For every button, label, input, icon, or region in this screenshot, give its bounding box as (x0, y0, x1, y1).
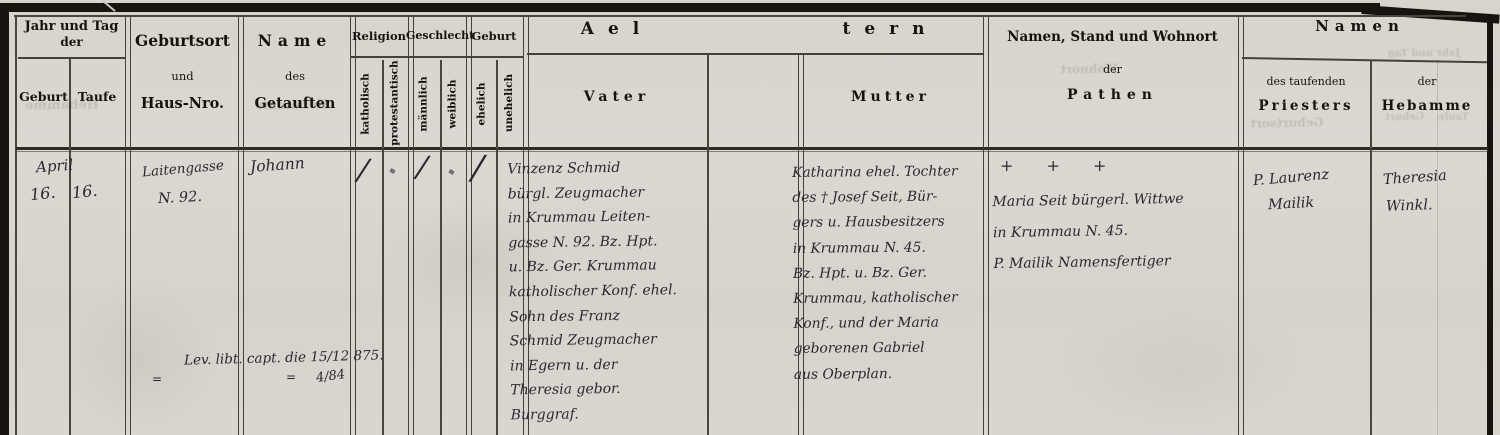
col-rule-priester-hebamme (1370, 60, 1372, 435)
header-aeltern-left: Ael (527, 20, 707, 39)
bleed-through-text: Jahr und Tag (1388, 47, 1460, 59)
rule-under-year-day (18, 57, 125, 59)
header-vater: Vater (527, 90, 707, 105)
father-line: gasse N. 92. Bz. Hpt. (508, 228, 713, 255)
mother-line: Krummau, katholischer (793, 285, 988, 312)
father-line: in Egern u. der (510, 351, 715, 378)
label-katholisch: katholisch (360, 73, 372, 134)
mother-line: Bz. Hpt. u. Bz. Ger. (793, 260, 988, 287)
entry-birthplace-number: N. 92. (145, 188, 216, 208)
mother-line: des † Josef Seit, Bür- (792, 184, 987, 211)
header-ehelich-vertical: ehelich (466, 62, 496, 146)
entry-male-tick: / (415, 150, 429, 186)
header-weiblich-vertical: weiblich (440, 62, 466, 146)
header-year-day-der: der (18, 36, 125, 49)
entry-priest-line1: P. Laurenz (1252, 167, 1329, 190)
entry-mother-text: Katharina ehel. Tochter des † Josef Seit… (792, 159, 989, 388)
header-aeltern-right: tern (798, 20, 983, 39)
entry-baptism-day: 16. (71, 181, 98, 203)
father-line: Schmid Zeugmacher (510, 327, 715, 354)
mother-line: geborenen Gabriel (794, 336, 989, 363)
header-protestantisch-vertical: protestantisch (382, 60, 408, 146)
father-line: in Krummau Leiten- (508, 204, 713, 231)
header-unehelich-vertical: unehelich (496, 60, 523, 146)
entry-midwife-line2: Winkl. (1386, 197, 1433, 215)
mother-line: in Krummau N. 45. (793, 235, 988, 262)
entry-birth-day: 16. (29, 183, 56, 205)
entry-month: April (35, 156, 73, 177)
entry-marginal-note-2: 4/84 (315, 367, 346, 386)
header-bottom-rule (16, 147, 1488, 150)
header-geburtsort-und: und (127, 70, 238, 83)
entry-legitimate-tick: / (471, 148, 485, 189)
father-line: Burggraf. (511, 400, 716, 427)
godparent-line: in Krummau N. 45. (993, 214, 1244, 249)
entry-child-name: Johann (249, 154, 305, 176)
entry-birthplace-street: Laitengasse (132, 157, 233, 182)
label-ehelich: ehelich (475, 83, 487, 126)
entry-catholic-tick: / (356, 153, 370, 189)
label-maennlich: männlich (418, 76, 430, 131)
header-geschlecht: Geschlecht (406, 30, 468, 42)
father-line: Vinzenz Schmid (507, 155, 712, 182)
entry-ditto-mark: = (286, 370, 296, 384)
godparent-line: P. Mailik Namensfertiger (993, 245, 1244, 280)
frame-top-inner-line (14, 15, 1466, 17)
header-name-des: des (240, 70, 350, 83)
header-name: Name (240, 32, 350, 49)
col-rule-birth-baptism (69, 58, 71, 435)
label-unehelich: unehelich (504, 74, 516, 132)
father-line: u. Bz. Ger. Krummau (508, 253, 713, 280)
header-maennlich-vertical: männlich (408, 62, 440, 146)
label-weiblich: weiblich (447, 79, 459, 128)
father-line: Sohn des Franz (509, 302, 714, 329)
ink-speck (448, 169, 454, 175)
header-katholisch-vertical: katholisch (350, 62, 382, 146)
header-geburtsort: Geburtsort (127, 32, 238, 49)
rule-under-aeltern (527, 53, 983, 55)
header-mutter: Mutter (798, 90, 983, 105)
header-religion: Religion (348, 30, 410, 43)
entry-godparent-crosses: + + + (1000, 156, 1120, 175)
header-year-day-title: Jahr und Tag (18, 20, 125, 34)
header-hebamme-der: der (1370, 76, 1484, 88)
father-line: katholischer Konf. ehel. (509, 278, 714, 305)
entry-father-text: Vinzenz Schmid bürgl. Zeugmacher in Krum… (507, 155, 716, 428)
rule-under-religion-group (350, 56, 523, 58)
header-geburt-group: Geburt (464, 30, 524, 43)
father-line: bürgl. Zeugmacher (507, 179, 712, 206)
father-line: Theresia gebor. (510, 376, 715, 403)
mother-line: Katharina ehel. Tochter (792, 159, 987, 186)
bleed-through-text: Hebamme (25, 97, 99, 113)
header-priester: Priesters (1242, 99, 1370, 114)
frame-top (0, 3, 1380, 12)
header-priester-line1: des taufenden (1242, 76, 1370, 88)
frame-right (1487, 22, 1493, 435)
bleed-through-text: Geburt (1385, 112, 1424, 124)
header-pathen: Pathen (987, 88, 1238, 103)
mother-line: aus Oberplan. (794, 361, 989, 388)
label-protestantisch: protestantisch (389, 60, 401, 145)
entry-priest-line2: Mailik (1268, 195, 1315, 213)
ink-speck (389, 168, 395, 174)
bleed-through-text: Wohnort (1060, 61, 1118, 76)
bleed-through-text: Geburtsort (1250, 115, 1324, 130)
header-haus-nro: Haus-Nro. (127, 96, 238, 112)
header-bottom-rule-2 (16, 151, 1488, 152)
paper-stain (1050, 300, 1310, 435)
header-namen-group: Namen (1242, 18, 1478, 35)
entry-godparents-text: Maria Seit bürgerl. Wittwe in Krummau N.… (992, 183, 1244, 280)
entry-ditto-mark: = (152, 372, 162, 386)
mother-line: Konf., und der Maria (793, 310, 988, 337)
frame-left-inner-line (15, 16, 17, 435)
baptismal-register-scan: Jahr und Tag der Geburt Taufe Geburtsort… (0, 0, 1500, 435)
bleed-through-text: Hebamme (255, 97, 329, 113)
godparent-line: Maria Seit bürgerl. Wittwe (992, 183, 1243, 218)
header-pathen-line1: Namen, Stand und Wohnort (987, 30, 1238, 45)
mother-line: gers u. Hausbesitzers (792, 210, 987, 237)
frame-left (0, 3, 9, 435)
bleed-through-text: Taufe (1438, 112, 1469, 124)
